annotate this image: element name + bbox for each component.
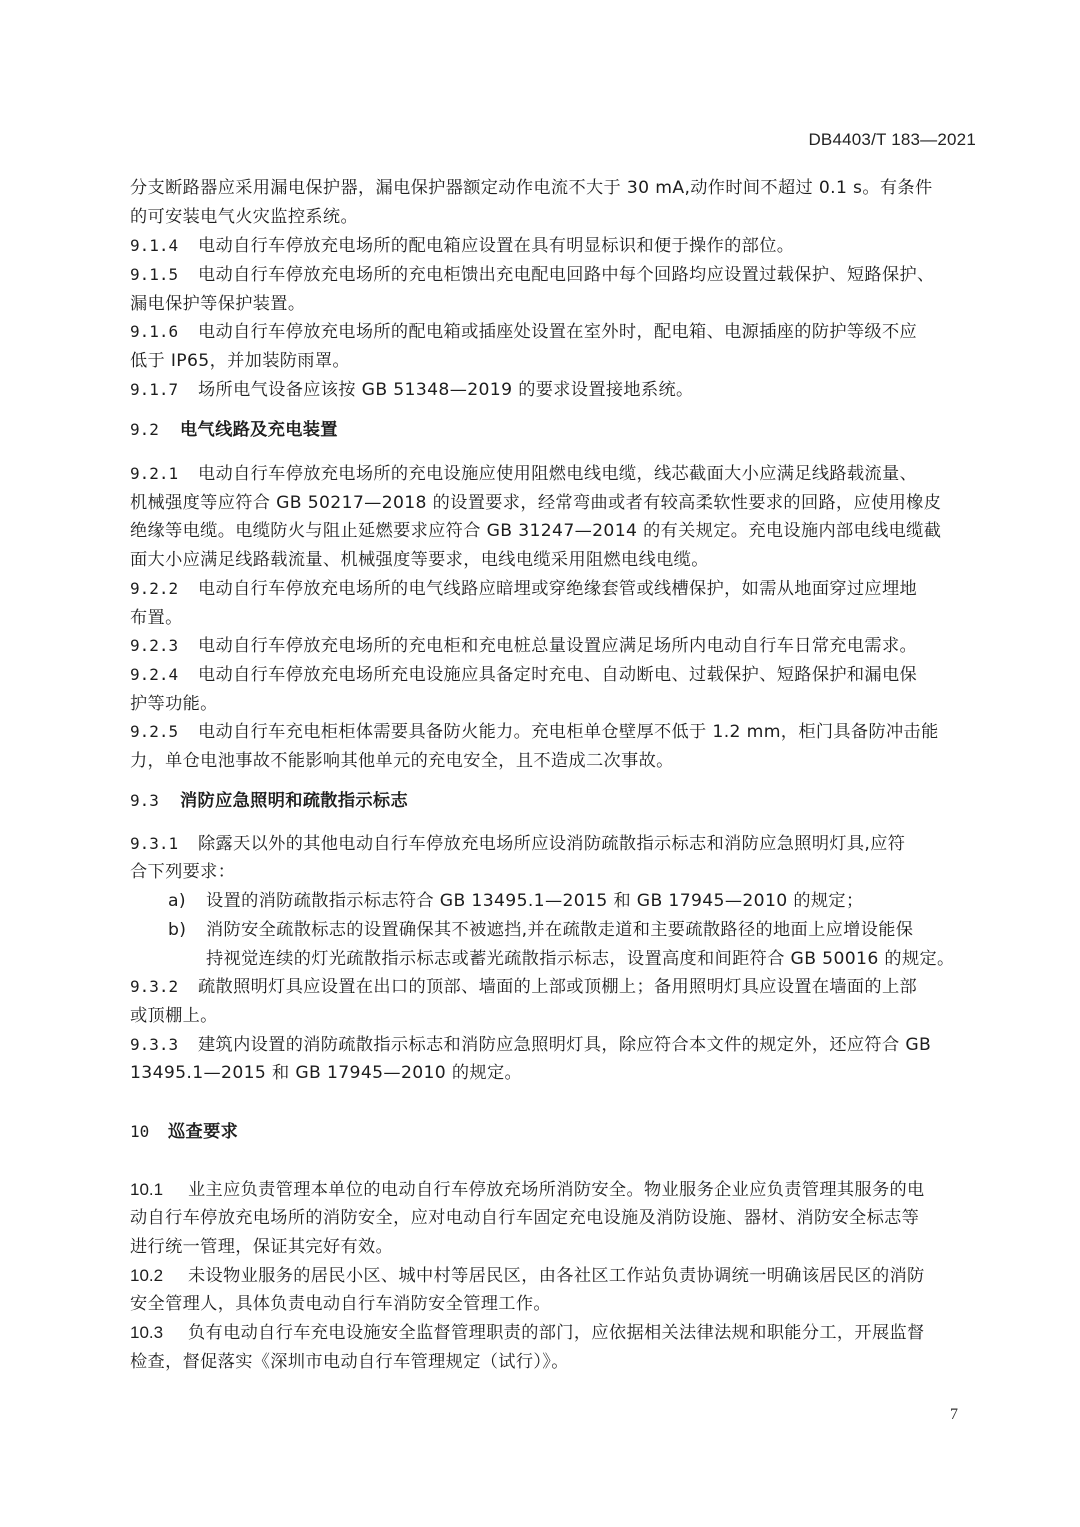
page-number: 7 [950, 1406, 958, 1424]
clause-text-continuation: 力，单仓电池事故不能影响其他单元的充电安全，且不造成二次事故。 [130, 751, 980, 771]
clause-text-continuation: 合下列要求： [130, 862, 980, 882]
clause-text-continuation: 面大小应满足线路载流量、机械强度等要求，电线电缆采用阻燃电线电缆。 [130, 550, 980, 570]
section-heading-9-3: 9.3消防应急照明和疏散指示标志 [130, 791, 980, 811]
clause-9-3-3: 9.3.3建筑内设置的消防疏散指示标志和消防应急照明灯具，除应符合本文件的规定外… [130, 1035, 980, 1055]
list-item-a: a)设置的消防疏散指示标志符合 GB 13495.1—2015 和 GB 179… [168, 891, 1018, 911]
clause-number: 9.3.3 [130, 1035, 198, 1055]
clause-number: 9.2.4 [130, 665, 198, 685]
clause-9-2-5: 9.2.5电动自行车充电柜柜体需要具备防火能力。充电柜单仓壁厚不低于 1.2 m… [130, 722, 980, 742]
clause-text-continuation: 低于 IP65，并加装防雨罩。 [130, 351, 980, 371]
list-item-text: 设置的消防疏散指示标志符合 GB 13495.1—2015 和 GB 17945… [206, 891, 863, 911]
paragraph-line: 分支断路器应采用漏电保护器，漏电保护器额定动作电流不大于 30 mA,动作时间不… [130, 178, 980, 198]
clause-text: 电动自行车停放充电场所的充电柜馈出充电配电回路中每个回路均应设置过载保护、短路保… [198, 265, 935, 285]
clause-text-continuation: 13495.1—2015 和 GB 17945—2010 的规定。 [130, 1063, 980, 1083]
section-title: 巡查要求 [168, 1122, 238, 1142]
clause-9-2-2: 9.2.2电动自行车停放充电场所的电气线路应暗埋或穿绝缘套管或线槽保护，如需从地… [130, 579, 980, 599]
section-number: 10 [130, 1122, 168, 1142]
clause-number: 9.3.2 [130, 977, 198, 997]
clause-number: 9.2.1 [130, 464, 198, 484]
clause-number: 9.1.7 [130, 380, 198, 400]
clause-text: 业主应负责管理本单位的电动自行车停放充场所消防安全。物业服务企业应负责管理其服务… [188, 1180, 925, 1200]
clause-text: 建筑内设置的消防疏散指示标志和消防应急照明灯具，除应符合本文件的规定外，还应符合… [198, 1035, 931, 1055]
clause-text: 负有电动自行车充电设施安全监督管理职责的部门，应依据相关法律法规和职能分工，开展… [188, 1323, 925, 1343]
clause-number: 9.2.2 [130, 579, 198, 599]
clause-text: 电动自行车停放充电场所充电设施应具备定时充电、自动断电、过载保护、短路保护和漏电… [198, 665, 917, 685]
clause-9-3-1: 9.3.1除露天以外的其他电动自行车停放充电场所应设消防疏散指示标志和消防应急照… [130, 834, 980, 854]
clause-text-continuation: 布置。 [130, 608, 980, 628]
clause-number: 9.2.5 [130, 722, 198, 742]
clause-number: 9.2.3 [130, 636, 198, 656]
section-heading-10: 10巡查要求 [130, 1122, 980, 1142]
clause-text-continuation: 机械强度等应符合 GB 50217—2018 的设置要求，经常弯曲或者有较高柔软… [130, 493, 980, 513]
clause-text: 未设物业服务的居民小区、城中村等居民区，由各社区工作站负责协调统一明确该居民区的… [188, 1266, 925, 1286]
clause-9-2-3: 9.2.3电动自行车停放充电场所的充电柜和充电桩总量设置应满足场所内电动自行车日… [130, 636, 980, 656]
section-number: 9.2 [130, 420, 180, 440]
clause-number: 9.3.1 [130, 834, 198, 854]
clause-number: 9.1.6 [130, 322, 198, 342]
clause-9-3-2: 9.3.2疏散照明灯具应设置在出口的顶部、墙面的上部或顶棚上；备用照明灯具应设置… [130, 977, 980, 997]
clause-text: 场所电气设备应该按 GB 51348—2019 的要求设置接地系统。 [198, 380, 694, 400]
clause-number: 10.3 [130, 1323, 188, 1343]
clause-9-1-5: 9.1.5电动自行车停放充电场所的充电柜馈出充电配电回路中每个回路均应设置过载保… [130, 265, 980, 285]
clause-text-continuation: 检查，督促落实《深圳市电动自行车管理规定（试行）》。 [130, 1352, 980, 1372]
clause-text-continuation: 绝缘等电缆。电缆防火与阻止延燃要求应符合 GB 31247—2014 的有关规定… [130, 521, 980, 541]
list-item-label: a) [168, 891, 206, 911]
clause-text: 电动自行车停放充电场所的配电箱或插座处设置在室外时，配电箱、电源插座的防护等级不… [198, 322, 917, 342]
clause-9-1-7: 9.1.7场所电气设备应该按 GB 51348—2019 的要求设置接地系统。 [130, 380, 980, 400]
list-item-label: b) [168, 920, 206, 940]
clause-10-2: 10.2未设物业服务的居民小区、城中村等居民区，由各社区工作站负责协调统一明确该… [130, 1266, 980, 1286]
clause-text: 电动自行车充电柜柜体需要具备防火能力。充电柜单仓壁厚不低于 1.2 mm，柜门具… [198, 722, 939, 742]
clause-text-continuation: 动自行车停放充电场所的消防安全，应对电动自行车固定充电设施及消防设施、器材、消防… [130, 1208, 980, 1228]
clause-number: 9.1.4 [130, 236, 198, 256]
clause-9-2-4: 9.2.4电动自行车停放充电场所充电设施应具备定时充电、自动断电、过载保护、短路… [130, 665, 980, 685]
clause-text: 电动自行车停放充电场所的配电箱应设置在具有明显标识和便于操作的部位。 [198, 236, 794, 256]
clause-text: 疏散照明灯具应设置在出口的顶部、墙面的上部或顶棚上；备用照明灯具应设置在墙面的上… [198, 977, 917, 997]
clause-text: 电动自行车停放充电场所的充电设施应使用阻燃电线电缆，线芯截面大小应满足线路载流量… [198, 464, 917, 484]
paragraph-line: 的可安装电气火灾监控系统。 [130, 207, 980, 227]
document-code-header: DB4403/T 183—2021 [808, 130, 976, 150]
section-title: 电气线路及充电装置 [180, 420, 338, 440]
clause-10-3: 10.3负有电动自行车充电设施安全监督管理职责的部门，应依据相关法律法规和职能分… [130, 1323, 980, 1343]
clause-text: 电动自行车停放充电场所的充电柜和充电桩总量设置应满足场所内电动自行车日常充电需求… [198, 636, 917, 656]
clause-number: 10.2 [130, 1266, 188, 1286]
clause-number: 10.1 [130, 1180, 188, 1200]
clause-10-1: 10.1业主应负责管理本单位的电动自行车停放充场所消防安全。物业服务企业应负责管… [130, 1180, 980, 1200]
section-number: 9.3 [130, 791, 180, 811]
clause-text-continuation: 护等功能。 [130, 694, 980, 714]
clause-9-2-1: 9.2.1电动自行车停放充电场所的充电设施应使用阻燃电线电缆，线芯截面大小应满足… [130, 464, 980, 484]
clause-text-continuation: 或顶棚上。 [130, 1006, 980, 1026]
document-page: DB4403/T 183—2021 分支断路器应采用漏电保护器，漏电保护器额定动… [0, 0, 1080, 1527]
clause-text-continuation: 漏电保护等保护装置。 [130, 294, 980, 314]
list-item-b: b)消防安全疏散标志的设置确保其不被遮挡,并在疏散走道和主要疏散路径的地面上应增… [168, 920, 1018, 940]
clause-text: 除露天以外的其他电动自行车停放充电场所应设消防疏散指示标志和消防应急照明灯具,应… [198, 834, 905, 854]
clause-number: 9.1.5 [130, 265, 198, 285]
section-heading-9-2: 9.2电气线路及充电装置 [130, 420, 980, 440]
list-item-text: 消防安全疏散标志的设置确保其不被遮挡,并在疏散走道和主要疏散路径的地面上应增设能… [206, 920, 913, 940]
clause-text-continuation: 进行统一管理，保证其完好有效。 [130, 1237, 980, 1257]
clause-text: 电动自行车停放充电场所的电气线路应暗埋或穿绝缘套管或线槽保护，如需从地面穿过应埋… [198, 579, 917, 599]
clause-text-continuation: 安全管理人，具体负责电动自行车消防安全管理工作。 [130, 1294, 980, 1314]
section-title: 消防应急照明和疏散指示标志 [180, 791, 408, 811]
clause-9-1-6: 9.1.6电动自行车停放充电场所的配电箱或插座处设置在室外时，配电箱、电源插座的… [130, 322, 980, 342]
list-item-text-continuation: 持视觉连续的灯光疏散指示标志或蓄光疏散指示标志，设置高度和间距符合 GB 500… [206, 949, 1056, 969]
clause-9-1-4: 9.1.4电动自行车停放充电场所的配电箱应设置在具有明显标识和便于操作的部位。 [130, 236, 980, 256]
